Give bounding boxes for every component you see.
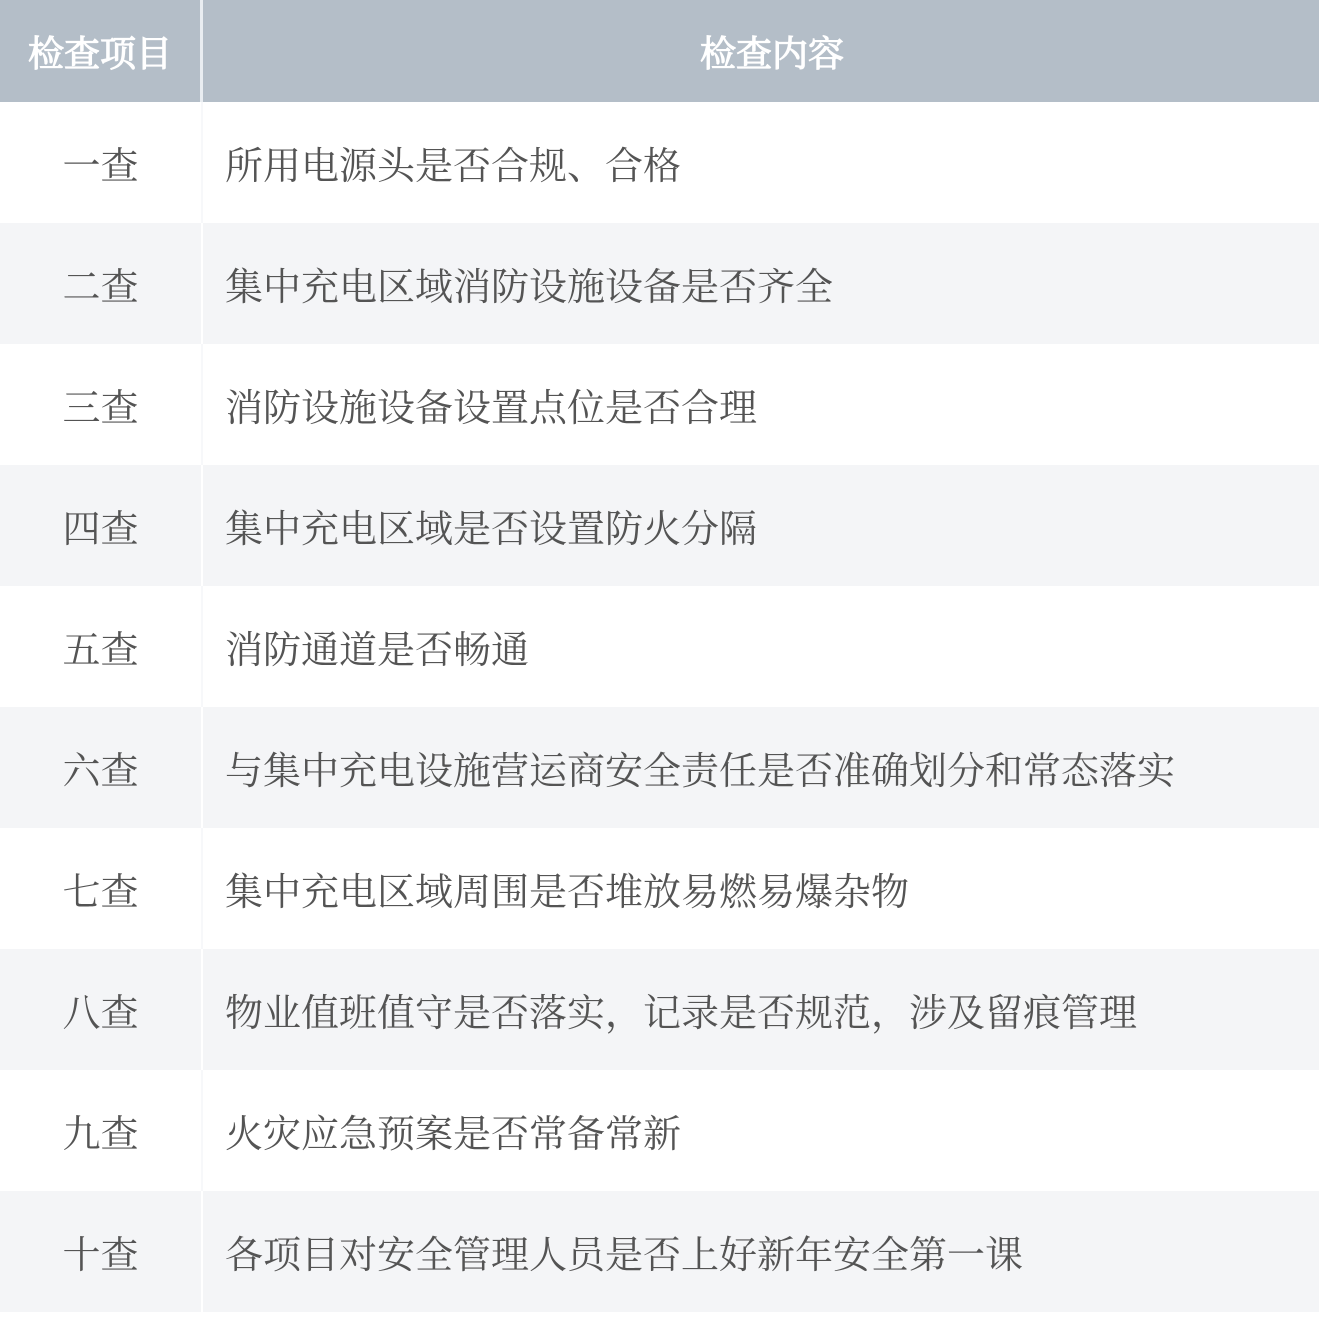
row-content: 消防通道是否畅通	[203, 586, 1319, 707]
table-row: 五查 消防通道是否畅通	[0, 586, 1319, 707]
row-content: 火灾应急预案是否常备常新	[203, 1070, 1319, 1191]
row-content: 所用电源头是否合规、合格	[203, 102, 1319, 223]
row-content: 与集中充电设施营运商安全责任是否准确划分和常态落实	[203, 707, 1319, 828]
row-content: 集中充电区域消防设施设备是否齐全	[203, 223, 1319, 344]
row-content: 集中充电区域周围是否堆放易燃易爆杂物	[203, 828, 1319, 949]
table-row: 二查 集中充电区域消防设施设备是否齐全	[0, 223, 1319, 344]
table-row: 八查 物业值班值守是否落实，记录是否规范，涉及留痕管理	[0, 949, 1319, 1070]
table-header: 检查项目 检查内容	[0, 0, 1319, 102]
table-row: 六查 与集中充电设施营运商安全责任是否准确划分和常态落实	[0, 707, 1319, 828]
row-content: 集中充电区域是否设置防火分隔	[203, 465, 1319, 586]
row-item: 十查	[0, 1191, 203, 1312]
row-content: 消防设施设备设置点位是否合理	[203, 344, 1319, 465]
row-item: 八查	[0, 949, 203, 1070]
table-row: 七查 集中充电区域周围是否堆放易燃易爆杂物	[0, 828, 1319, 949]
table-row: 一查 所用电源头是否合规、合格	[0, 102, 1319, 223]
table-row: 九查 火灾应急预案是否常备常新	[0, 1070, 1319, 1191]
row-item: 九查	[0, 1070, 203, 1191]
row-item: 一查	[0, 102, 203, 223]
row-item: 四查	[0, 465, 203, 586]
row-content: 物业值班值守是否落实，记录是否规范，涉及留痕管理	[203, 949, 1319, 1070]
row-item: 三查	[0, 344, 203, 465]
inspection-table: 检查项目 检查内容 一查 所用电源头是否合规、合格 二查 集中充电区域消防设施设…	[0, 0, 1319, 1312]
row-item: 七查	[0, 828, 203, 949]
row-item: 六查	[0, 707, 203, 828]
table-row: 十查 各项目对安全管理人员是否上好新年安全第一课	[0, 1191, 1319, 1312]
row-content: 各项目对安全管理人员是否上好新年安全第一课	[203, 1191, 1319, 1312]
table-row: 四查 集中充电区域是否设置防火分隔	[0, 465, 1319, 586]
header-inspection-item: 检查项目	[0, 0, 203, 102]
header-inspection-content: 检查内容	[203, 0, 1319, 102]
row-item: 五查	[0, 586, 203, 707]
row-item: 二查	[0, 223, 203, 344]
table-row: 三查 消防设施设备设置点位是否合理	[0, 344, 1319, 465]
